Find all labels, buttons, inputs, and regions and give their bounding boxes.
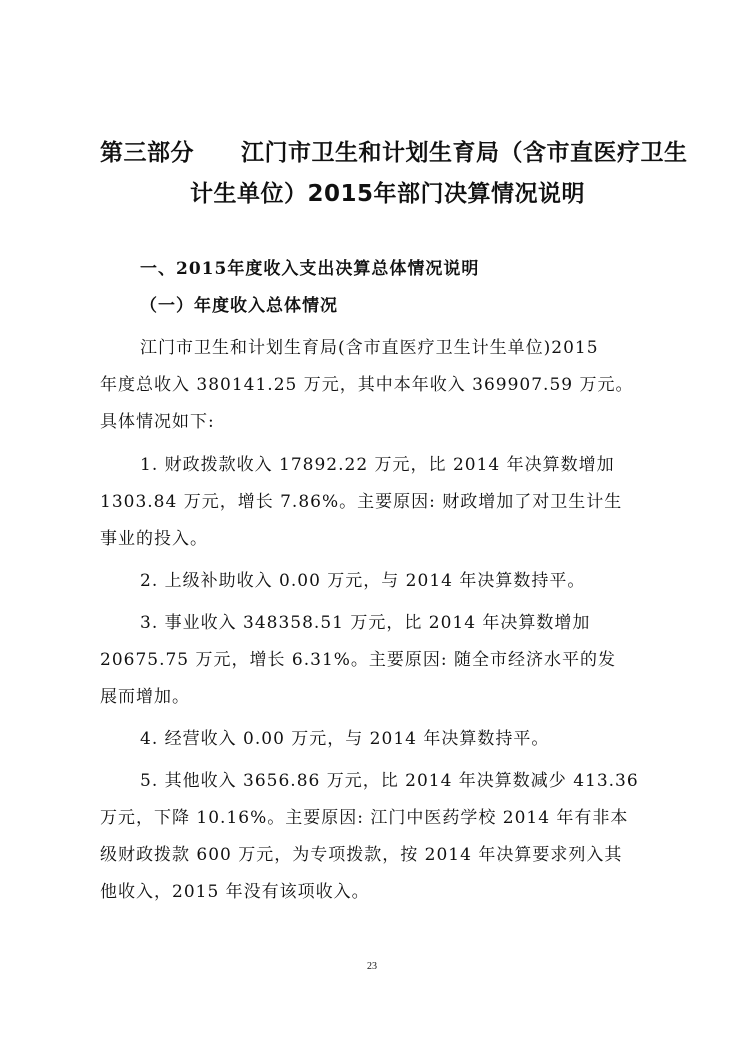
paragraph-line: 5. 其他收入 3656.86 万元，比 2014 年决算数减少 413.36 [140,766,639,791]
paragraph-line: 2. 上级补助收入 0.00 万元，与 2014 年决算数持平。 [140,566,585,591]
subsection-heading: （一）年度收入总体情况 [140,291,338,316]
paragraph-line: 江门市卫生和计划生育局(含市直医疗卫生计生单位)2015 [140,333,599,358]
document-title-line-2: 计生单位）2015年部门决算情况说明 [190,175,735,208]
section-heading: 一、2015年度收入支出决算总体情况说明 [140,254,479,279]
document-title-line-1: 第三部分 江门市卫生和计划生育局（含市直医疗卫生 [100,134,645,167]
paragraph-line: 具体情况如下: [100,407,215,432]
paragraph-line: 年度总收入 380141.25 万元，其中本年收入 369907.59 万元。 [100,370,633,395]
page-number: 23 [0,961,744,972]
paragraph-line: 级财政拨款 600 万元，为专项拨款，按 2014 年决算要求列入其 [100,840,622,865]
paragraph-line: 展而增加。 [100,682,190,707]
paragraph-line: 1. 财政拨款收入 17892.22 万元，比 2014 年决算数增加 [140,450,615,475]
paragraph-line: 4. 经营收入 0.00 万元，与 2014 年决算数持平。 [140,724,549,749]
paragraph-line: 3. 事业收入 348358.51 万元，比 2014 年决算数增加 [140,608,590,633]
paragraph-line: 20675.75 万元，增长 6.31%。主要原因: 随全市经济水平的发 [100,645,616,670]
paragraph-line: 万元，下降 10.16%。主要原因: 江门中医药学校 2014 年有非本 [100,803,628,828]
paragraph-line: 事业的投入。 [100,524,208,549]
paragraph-line: 他收入，2015 年没有该项收入。 [100,877,370,902]
paragraph-line: 1303.84 万元，增长 7.86%。主要原因: 财政增加了对卫生计生 [100,487,622,512]
